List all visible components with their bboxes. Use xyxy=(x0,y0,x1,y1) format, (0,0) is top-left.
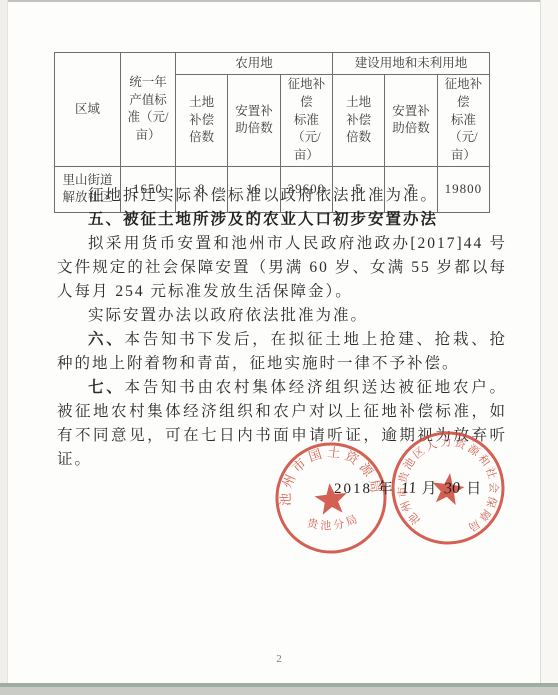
date-day-unit: 日 xyxy=(466,481,483,497)
page-edge-top xyxy=(0,0,558,2)
page-edge-right xyxy=(540,0,558,695)
section-number-seven: 七、 xyxy=(88,379,125,396)
col-header-agri-resettle-multiple: 安置补 助倍数 xyxy=(228,75,280,167)
paragraph-actual-method-note: 实际安置办法以政府依法批准为准。 xyxy=(57,304,507,328)
col-header-region: 区域 xyxy=(55,53,121,167)
col-header-unified-value: 统一年 产值标 准（元/ 亩） xyxy=(121,53,176,167)
date-day-handwritten: 30 xyxy=(444,479,461,498)
date-month-handwritten: 11 xyxy=(400,479,417,498)
date-year-unit: 年 xyxy=(378,481,395,497)
official-stamp-land-resources-bureau: 池州市国土资源局 贵池分局 xyxy=(265,432,397,564)
col-header-constr-comp-standard: 征地补偿 标准（元/ 亩） xyxy=(437,75,489,167)
issue-date: 2018 年 11 月 30 日 xyxy=(334,477,483,498)
date-month-unit: 月 xyxy=(422,481,439,497)
group-header-agricultural-land: 农用地 xyxy=(176,53,333,75)
group-header-construction-land: 建设用地和未利用地 xyxy=(332,53,489,75)
col-header-agri-land-multiple: 土地 补偿 倍数 xyxy=(176,75,228,167)
svg-text:贵池分局: 贵池分局 xyxy=(305,510,363,535)
section-number-six: 六、 xyxy=(88,331,125,348)
scanned-document-page: { "table": { "header": { "region": "区域",… xyxy=(0,0,558,695)
col-header-constr-land-multiple: 土地 补偿 倍数 xyxy=(332,75,384,167)
col-header-constr-resettle-multiple: 安置补 助倍数 xyxy=(385,75,437,167)
page-number: 2 xyxy=(0,653,558,665)
section-six-text: 本告知书下发后，在拟征土地上抢建、抢栽、抢种的地上附着物和青苗，征地实施时一律不… xyxy=(57,331,507,372)
paragraph-resettlement-method: 拟采用货币安置和池州市人民政府池政办[2017]44 号文件规定的社会保障安置（… xyxy=(57,232,507,304)
section-heading-five: 五、被征土地所涉及的农业人口初步安置办法 xyxy=(57,208,507,232)
date-year: 2018 xyxy=(334,481,372,497)
col-header-agri-comp-standard: 征地补偿 标准（元/ 亩） xyxy=(280,75,332,167)
paragraph-section-six: 六、本告知书下发后，在拟征土地上抢建、抢栽、抢种的地上附着物和青苗，征地实施时一… xyxy=(57,328,507,376)
paragraph-approval-note: 征地拆迁实际补偿标准以政府依法批准为准。 xyxy=(57,184,507,208)
page-edge-left xyxy=(0,0,8,695)
page-edge-bottom-shadow xyxy=(0,687,558,695)
stamp-branch-text: 贵池分局 xyxy=(305,510,363,535)
